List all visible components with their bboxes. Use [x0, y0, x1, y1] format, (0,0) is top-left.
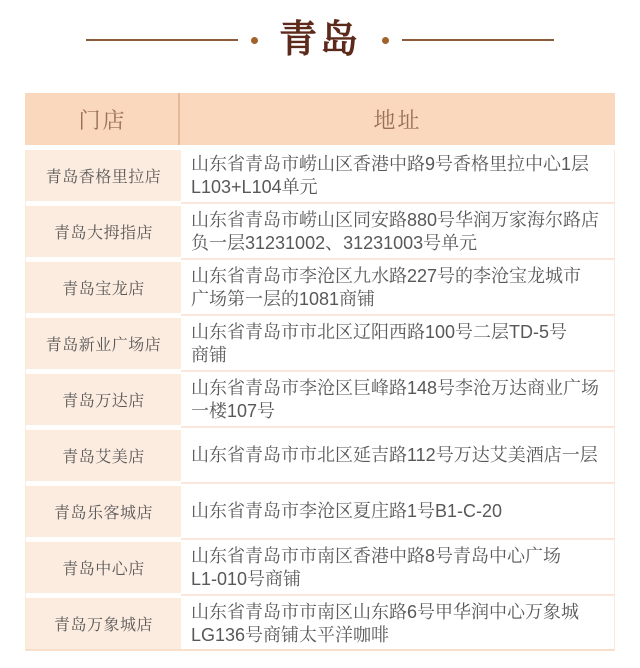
page-title: 青岛 — [279, 14, 361, 66]
column-header-address: 地址 — [180, 93, 615, 145]
address-line: 一楼107号 — [191, 400, 610, 423]
table-row: 青岛中心店 山东省青岛市市南区香港中路8号青岛中心广场L1-010号商铺 — [26, 542, 614, 593]
address-cell: 山东省青岛市崂山区香港中路9号香格里拉中心1层L103+L104单元 — [181, 150, 614, 201]
address-line: 山东省青岛市市南区山东路6号甲华润中心万象城 — [191, 601, 610, 624]
store-cell: 青岛艾美店 — [26, 430, 181, 481]
store-cell: 青岛万达店 — [26, 374, 181, 425]
address-line: 山东省青岛市崂山区香港中路9号香格里拉中心1层 — [191, 153, 610, 176]
table-body: 青岛香格里拉店 山东省青岛市崂山区香港中路9号香格里拉中心1层L103+L104… — [25, 150, 615, 651]
address-line: 山东省青岛市李沧区九水路227号的李沧宝龙城市 — [191, 265, 610, 288]
address-cell: 山东省青岛市市南区香港中路8号青岛中心广场L1-010号商铺 — [181, 542, 614, 593]
section-title: 青岛 — [0, 14, 640, 66]
store-cell: 青岛新业广场店 — [26, 318, 181, 369]
address-cell: 山东省青岛市李沧区巨峰路148号李沧万达商业广场一楼107号 — [181, 374, 614, 425]
address-line: L103+L104单元 — [191, 176, 610, 199]
address-line: 山东省青岛市李沧区巨峰路148号李沧万达商业广场 — [191, 377, 610, 400]
store-cell: 青岛万象城店 — [26, 598, 181, 649]
title-divider-right-line — [402, 39, 554, 41]
table-row: 青岛大拇指店 山东省青岛市崂山区同安路880号华润万家海尔路店负一层312310… — [26, 206, 614, 257]
table-header-row: 门店 地址 — [25, 93, 615, 145]
address-line: 山东省青岛市李沧区夏庄路1号B1-C-20 — [191, 500, 610, 523]
store-cell: 青岛乐客城店 — [26, 486, 181, 537]
address-line: 负一层31231002、31231003号单元 — [191, 232, 610, 255]
table-row: 青岛乐客城店 山东省青岛市李沧区夏庄路1号B1-C-20 — [26, 486, 614, 537]
table-row: 青岛新业广场店 山东省青岛市市北区辽阳西路100号二层TD-5号商铺 — [26, 318, 614, 369]
address-line: 广场第一层的1081商铺 — [191, 288, 610, 311]
column-header-store: 门店 — [25, 93, 180, 145]
address-line: 山东省青岛市市南区香港中路8号青岛中心广场 — [191, 545, 610, 568]
title-dot-right-icon — [382, 37, 389, 44]
store-cell: 青岛香格里拉店 — [26, 150, 181, 201]
table-row: 青岛香格里拉店 山东省青岛市崂山区香港中路9号香格里拉中心1层L103+L104… — [26, 150, 614, 201]
address-cell: 山东省青岛市市北区延吉路112号万达艾美酒店一层 — [181, 430, 614, 481]
title-dot-left-icon — [251, 37, 258, 44]
address-line: 山东省青岛市市北区辽阳西路100号二层TD-5号 — [191, 321, 610, 344]
address-cell: 山东省青岛市崂山区同安路880号华润万家海尔路店负一层31231002、3123… — [181, 206, 614, 257]
address-line: 商铺 — [191, 344, 610, 367]
address-line: LG136号商铺太平洋咖啡 — [191, 624, 610, 647]
address-cell: 山东省青岛市李沧区夏庄路1号B1-C-20 — [181, 486, 614, 537]
table-row: 青岛艾美店 山东省青岛市市北区延吉路112号万达艾美酒店一层 — [26, 430, 614, 481]
table-row: 青岛万象城店 山东省青岛市市南区山东路6号甲华润中心万象城LG136号商铺太平洋… — [26, 598, 614, 649]
store-cell: 青岛中心店 — [26, 542, 181, 593]
title-divider-left-line — [86, 39, 238, 41]
store-cell: 青岛大拇指店 — [26, 206, 181, 257]
address-line: 山东省青岛市崂山区同安路880号华润万家海尔路店 — [191, 209, 610, 232]
table-row: 青岛宝龙店 山东省青岛市李沧区九水路227号的李沧宝龙城市广场第一层的1081商… — [26, 262, 614, 313]
page: 青岛 门店 地址 青岛香格里拉店 山东省青岛市崂山区香港中路9号香格里拉中心1层… — [0, 14, 640, 651]
address-line: L1-010号商铺 — [191, 568, 610, 591]
store-cell: 青岛宝龙店 — [26, 262, 181, 313]
address-cell: 山东省青岛市市北区辽阳西路100号二层TD-5号商铺 — [181, 318, 614, 369]
table-row: 青岛万达店 山东省青岛市李沧区巨峰路148号李沧万达商业广场一楼107号 — [26, 374, 614, 425]
address-line: 山东省青岛市市北区延吉路112号万达艾美酒店一层 — [191, 444, 610, 467]
address-cell: 山东省青岛市李沧区九水路227号的李沧宝龙城市广场第一层的1081商铺 — [181, 262, 614, 313]
store-table: 门店 地址 青岛香格里拉店 山东省青岛市崂山区香港中路9号香格里拉中心1层L10… — [25, 93, 615, 651]
address-cell: 山东省青岛市市南区山东路6号甲华润中心万象城LG136号商铺太平洋咖啡 — [181, 598, 614, 649]
